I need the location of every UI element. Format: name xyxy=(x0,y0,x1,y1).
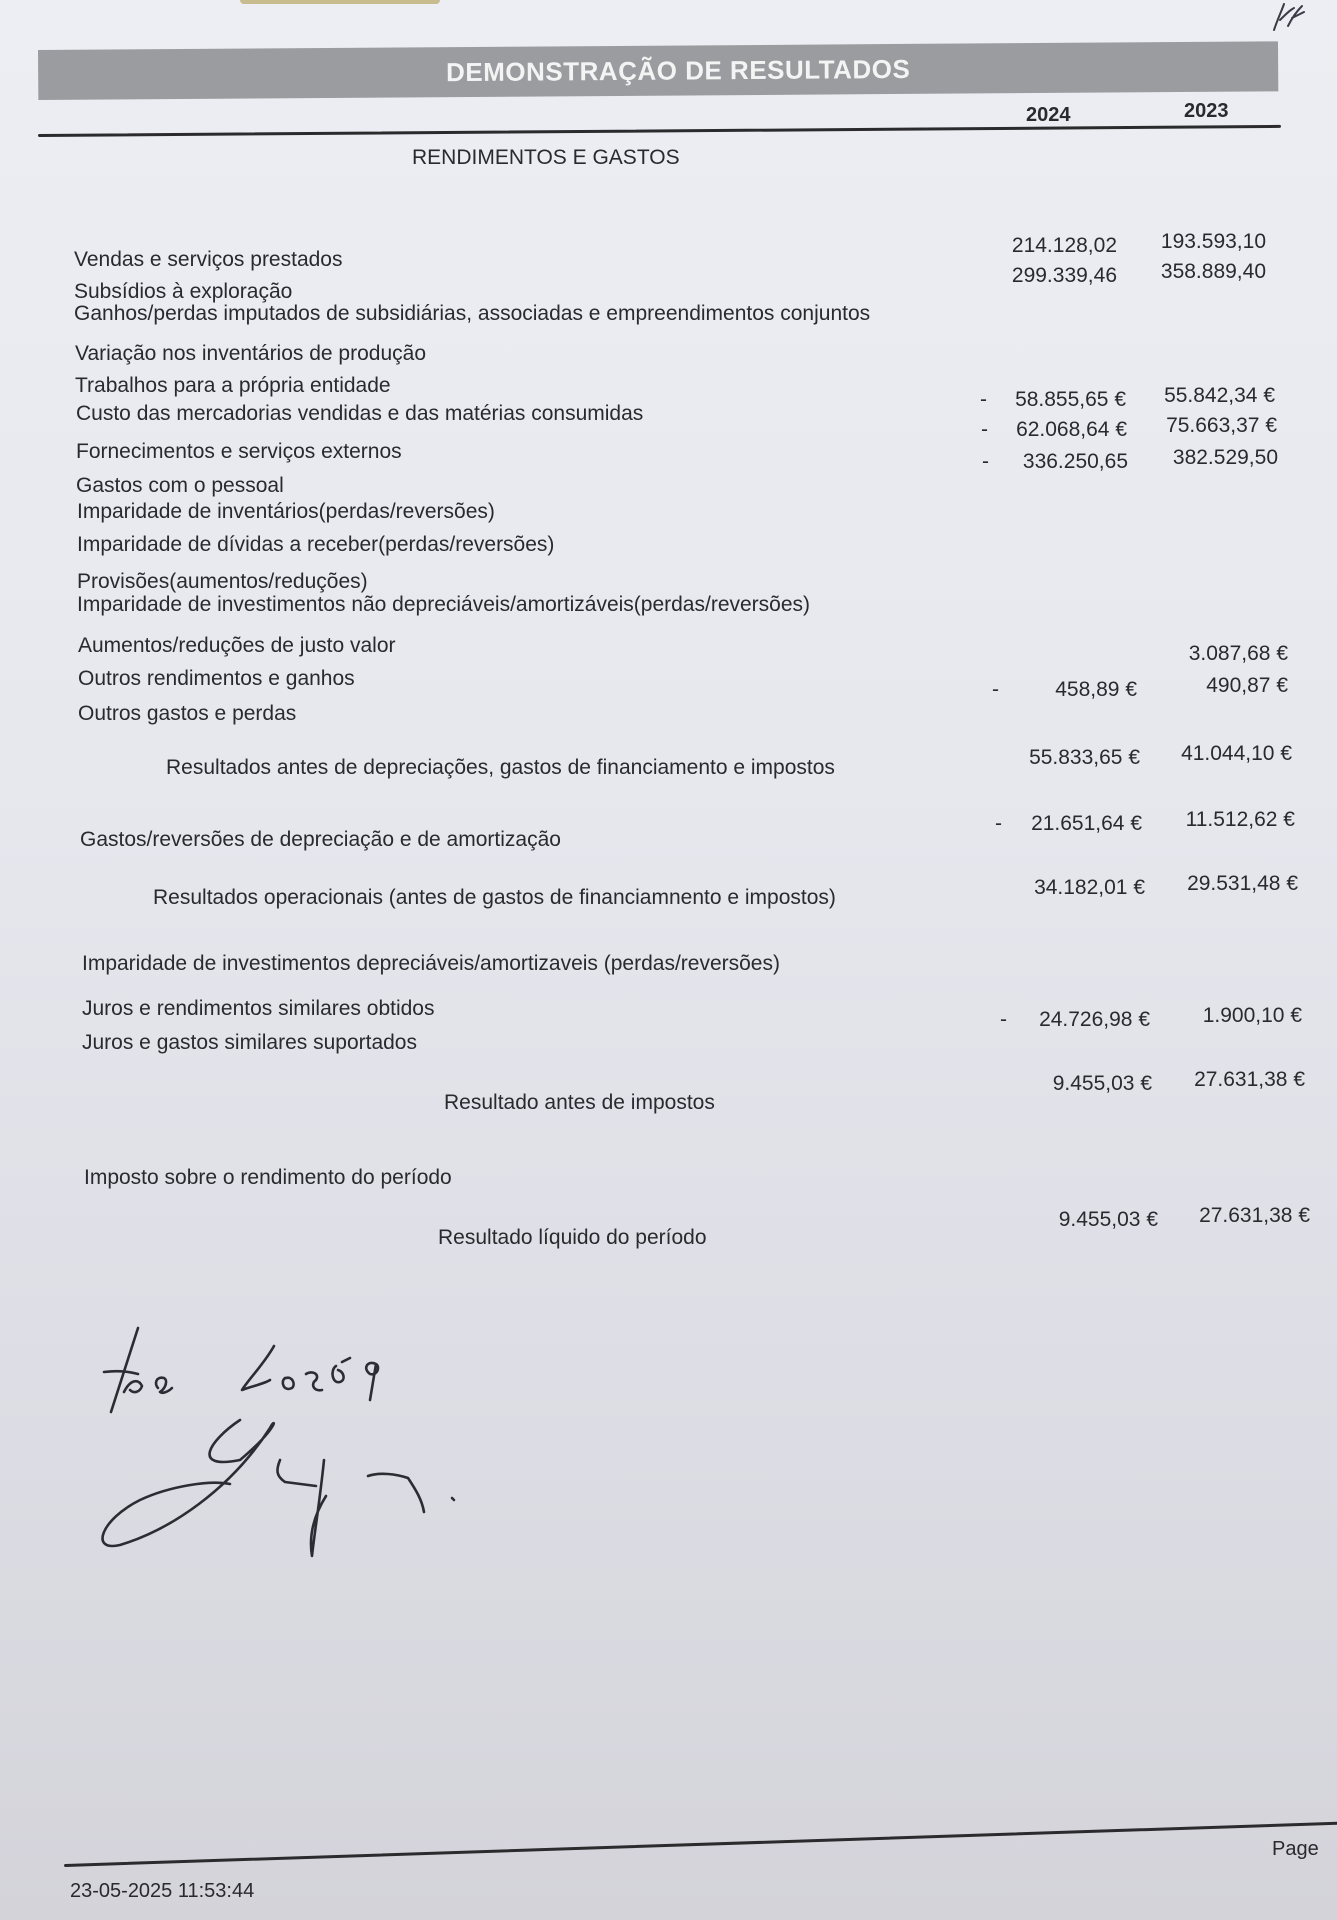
value-2024: 34.182,01 € xyxy=(1034,876,1145,900)
value-2023: 11.512,62 € xyxy=(1186,808,1295,832)
value-2023: 55.842,34 € xyxy=(1164,384,1275,408)
row-label: Trabalhos para a própria entidade xyxy=(75,374,391,398)
row-label: Resultado líquido do período xyxy=(438,1226,707,1250)
row-label: Custo das mercadorias vendidas e das mat… xyxy=(76,402,643,426)
value-2024: 62.068,64 € xyxy=(1016,418,1127,442)
row-label: Resultados antes de depreciações, gastos… xyxy=(166,756,835,780)
row-label: Juros e rendimentos similares obtidos xyxy=(82,997,435,1021)
row-label: Subsídios à exploração xyxy=(74,280,292,304)
page-label: Page xyxy=(1272,1838,1319,1861)
value-2023: 193.593,10 xyxy=(1161,230,1266,254)
row-label: Imparidade de investimentos depreciáveis… xyxy=(82,952,780,976)
row-label: Resultados operacionais (antes de gastos… xyxy=(153,886,836,910)
value-2024: 24.726,98 € xyxy=(1039,1008,1150,1032)
row-label: Outros rendimentos e ganhos xyxy=(78,667,355,691)
row-label: Imparidade de dívidas a receber(perdas/r… xyxy=(77,533,554,557)
row-label: Resultado antes de impostos xyxy=(444,1091,715,1115)
row-label: Imparidade de inventários(perdas/reversõ… xyxy=(77,500,495,524)
negative-sign: - xyxy=(995,812,1002,836)
document-page: DEMONSTRAÇÃO DE RESULTADOS 2024 2023 REN… xyxy=(0,0,1337,1920)
row-label: Ganhos/perdas imputados de subsidiárias,… xyxy=(74,302,870,326)
value-2023: 27.631,38 € xyxy=(1194,1068,1305,1092)
negative-sign: - xyxy=(992,678,999,702)
value-2023: 1.900,10 € xyxy=(1203,1004,1302,1028)
row-label: Fornecimentos e serviços externos xyxy=(76,440,402,464)
negative-sign: - xyxy=(982,450,989,474)
value-2024: 9.455,03 € xyxy=(1053,1072,1152,1096)
negative-sign: - xyxy=(1000,1008,1007,1032)
value-2023: 382.529,50 xyxy=(1173,446,1278,470)
row-label: Juros e gastos similares suportados xyxy=(82,1031,417,1055)
value-2023: 3.087,68 € xyxy=(1189,642,1288,666)
value-2024: 9.455,03 € xyxy=(1059,1208,1158,1232)
print-datetime: 23-05-2025 11:53:44 xyxy=(70,1880,254,1903)
signature-icon xyxy=(80,1300,480,1580)
negative-sign: - xyxy=(981,418,988,442)
income-statement-rows: Vendas e serviços prestados214.128,02193… xyxy=(0,0,1337,1920)
row-label: Aumentos/reduções de justo valor xyxy=(78,634,396,658)
value-2024: 299.339,46 xyxy=(1012,264,1117,288)
row-label: Imposto sobre o rendimento do período xyxy=(84,1166,452,1190)
row-label: Gastos/reversões de depreciação e de amo… xyxy=(80,828,561,852)
value-2023: 29.531,48 € xyxy=(1187,872,1298,896)
row-label: Provisões(aumentos/reduções) xyxy=(77,570,368,594)
value-2024: 58.855,65 € xyxy=(1015,388,1126,412)
value-2024: 458,89 € xyxy=(1055,678,1137,702)
row-label: Gastos com o pessoal xyxy=(76,474,284,498)
value-2023: 358.889,40 xyxy=(1161,260,1266,284)
value-2024: 214.128,02 xyxy=(1012,234,1117,258)
row-label: Variação nos inventários de produção xyxy=(75,342,426,366)
value-2024: 55.833,65 € xyxy=(1029,746,1140,770)
row-label: Outros gastos e perdas xyxy=(78,702,296,726)
row-label: Imparidade de investimentos não depreciá… xyxy=(77,593,810,617)
value-2023: 27.631,38 € xyxy=(1199,1204,1310,1228)
value-2023: 490,87 € xyxy=(1206,674,1288,698)
value-2024: 336.250,65 xyxy=(1023,450,1128,474)
value-2023: 41.044,10 € xyxy=(1181,742,1292,766)
value-2024: 21.651,64 € xyxy=(1031,812,1142,836)
row-label: Vendas e serviços prestados xyxy=(74,248,343,272)
value-2023: 75.663,37 € xyxy=(1166,414,1277,438)
negative-sign: - xyxy=(980,388,987,412)
